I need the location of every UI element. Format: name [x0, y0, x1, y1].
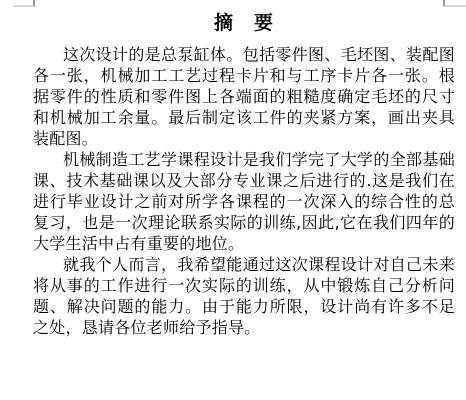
document-title: 摘 要 [33, 12, 455, 34]
cropped-toolbar-fragment-left [13, 0, 35, 7]
paragraph-2: 机械制造工艺学课程设计是我们学完了大学的全部基础课、技术基础课以及大部分专业课之… [33, 149, 455, 254]
paragraph-1: 这次设计的是总泵缸体。包括零件图、毛坯图、装配图各一张，机械加工工艺过程卡片和与… [33, 44, 455, 149]
cropped-toolbar-fragment-right [443, 0, 466, 7]
paragraph-3: 就我个人而言，我希望能通过这次课程设计对自己未来将从事的工作进行一次实际的训练，… [33, 254, 455, 338]
document-body: 这次设计的是总泵缸体。包括零件图、毛坯图、装配图各一张，机械加工工艺过程卡片和与… [33, 44, 455, 338]
document-page: 摘 要 这次设计的是总泵缸体。包括零件图、毛坯图、装配图各一张，机械加工工艺过程… [0, 0, 466, 400]
